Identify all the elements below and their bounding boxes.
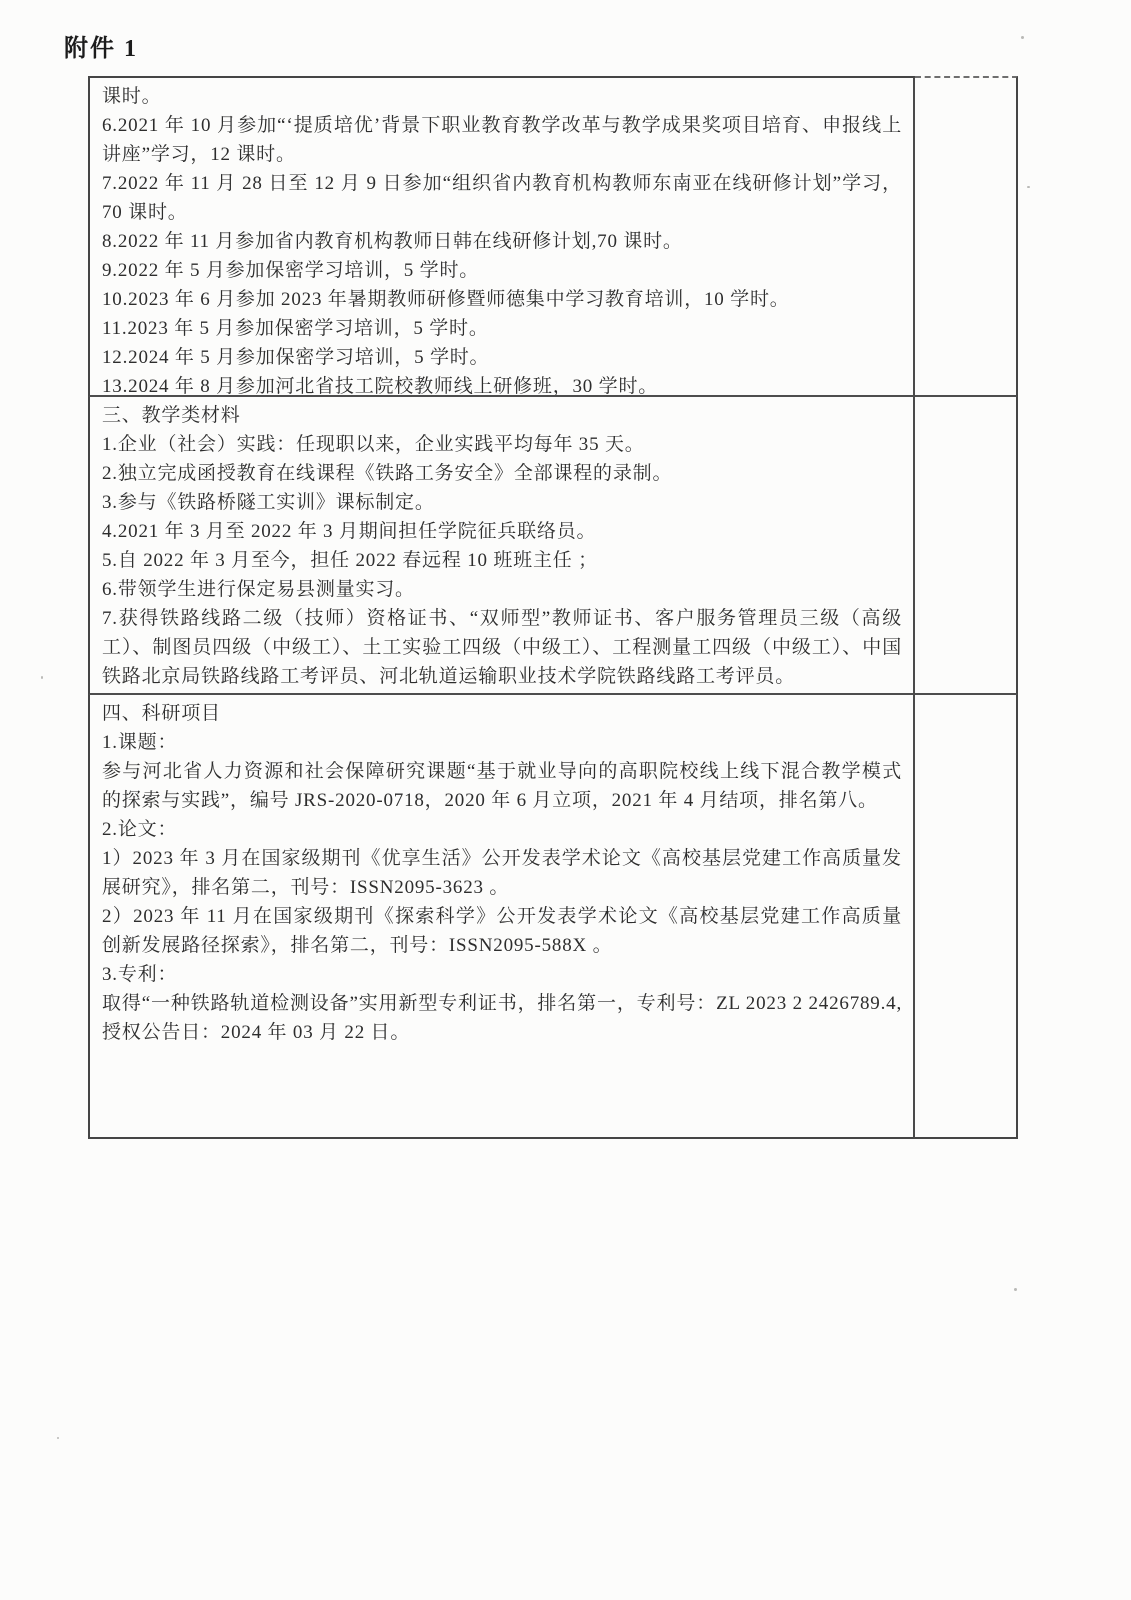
paragraph-line: 3.参与《铁路桥隧工实训》课标制定。 [102, 488, 902, 517]
scan-speck [57, 1437, 59, 1439]
table-cell-empty-column-row3 [915, 695, 1018, 1139]
paragraph-line: 5.自 2022 年 3 月至今，担任 2022 春远程 10 班班主任 ； [102, 546, 902, 575]
paragraph-line: 12.2024 年 5 月参加保密学习培训，5 学时。 [102, 343, 902, 372]
paragraph-line: 2）2023 年 11 月在国家级期刊《探索科学》公开发表学术论文《高校基层党建… [102, 902, 902, 960]
scanned-document-page: 附件 1 课时。6.2021 年 10 月参加“‘提质培优’背景下职业教育教学改… [0, 0, 1131, 1600]
paragraph-line: 8.2022 年 11 月参加省内教育机构教师日韩在线研修计划,70 课时。 [102, 227, 902, 256]
table-cell-empty-column-row1 [915, 76, 1018, 397]
paragraph-line: 参与河北省人力资源和社会保障研究课题“基于就业导向的高职院校线上线下混合教学模式… [102, 757, 902, 815]
paragraph-line: 2.论文： [102, 815, 902, 844]
paragraph-line: 四、科研项目 [102, 699, 902, 728]
table-cell-empty-column-row2 [915, 397, 1018, 695]
paragraph-line: 7.获得铁路线路二级（技师）资格证书、“双师型”教师证书、客户服务管理员三级（高… [102, 604, 902, 691]
paragraph-line: 取得“一种铁路轨道检测设备”实用新型专利证书，排名第一，专利号：ZL 2023 … [102, 989, 902, 1047]
document-table: 课时。6.2021 年 10 月参加“‘提质培优’背景下职业教育教学改革与教学成… [88, 76, 1018, 1139]
scan-speck [1027, 186, 1030, 188]
paragraph-line: 1.课题： [102, 728, 902, 757]
scan-speck [1014, 1288, 1017, 1291]
table-cell-teaching-materials: 三、教学类材料1.企业（社会）实践：任现职以来，企业实践平均每年 35 天。2.… [88, 397, 915, 695]
scan-speck [1021, 36, 1024, 39]
paragraph-line: 4.2021 年 3 月至 2022 年 3 月期间担任学院征兵联络员。 [102, 517, 902, 546]
table-cell-training-hours: 课时。6.2021 年 10 月参加“‘提质培优’背景下职业教育教学改革与教学成… [88, 76, 915, 397]
paragraph-line: 6.带领学生进行保定易县测量实习。 [102, 575, 902, 604]
paragraph-line: 7.2022 年 11 月 28 日至 12 月 9 日参加“组织省内教育机构教… [102, 169, 902, 227]
attachment-title: 附件 1 [64, 28, 138, 63]
paragraph-line: 6.2021 年 10 月参加“‘提质培优’背景下职业教育教学改革与教学成果奖项… [102, 111, 902, 169]
paragraph-line: 三、教学类材料 [102, 401, 902, 430]
paragraph-line: 13.2024 年 8 月参加河北省技工院校教师线上研修班，30 学时。 [102, 372, 902, 397]
paragraph-line: 9.2022 年 5 月参加保密学习培训，5 学时。 [102, 256, 902, 285]
paragraph-line: 1）2023 年 3 月在国家级期刊《优享生活》公开发表学术论文《高校基层党建工… [102, 844, 902, 902]
table-cell-research-projects: 四、科研项目1.课题：参与河北省人力资源和社会保障研究课题“基于就业导向的高职院… [88, 695, 915, 1139]
scan-speck [41, 676, 43, 679]
paragraph-line: 1.企业（社会）实践：任现职以来，企业实践平均每年 35 天。 [102, 430, 902, 459]
paragraph-line: 11.2023 年 5 月参加保密学习培训，5 学时。 [102, 314, 902, 343]
paragraph-line: 3.专利： [102, 960, 902, 989]
paragraph-line: 2.独立完成函授教育在线课程《铁路工务安全》全部课程的录制。 [102, 459, 902, 488]
paragraph-line: 10.2023 年 6 月参加 2023 年暑期教师研修暨师德集中学习教育培训，… [102, 285, 902, 314]
paragraph-line: 课时。 [102, 82, 902, 111]
